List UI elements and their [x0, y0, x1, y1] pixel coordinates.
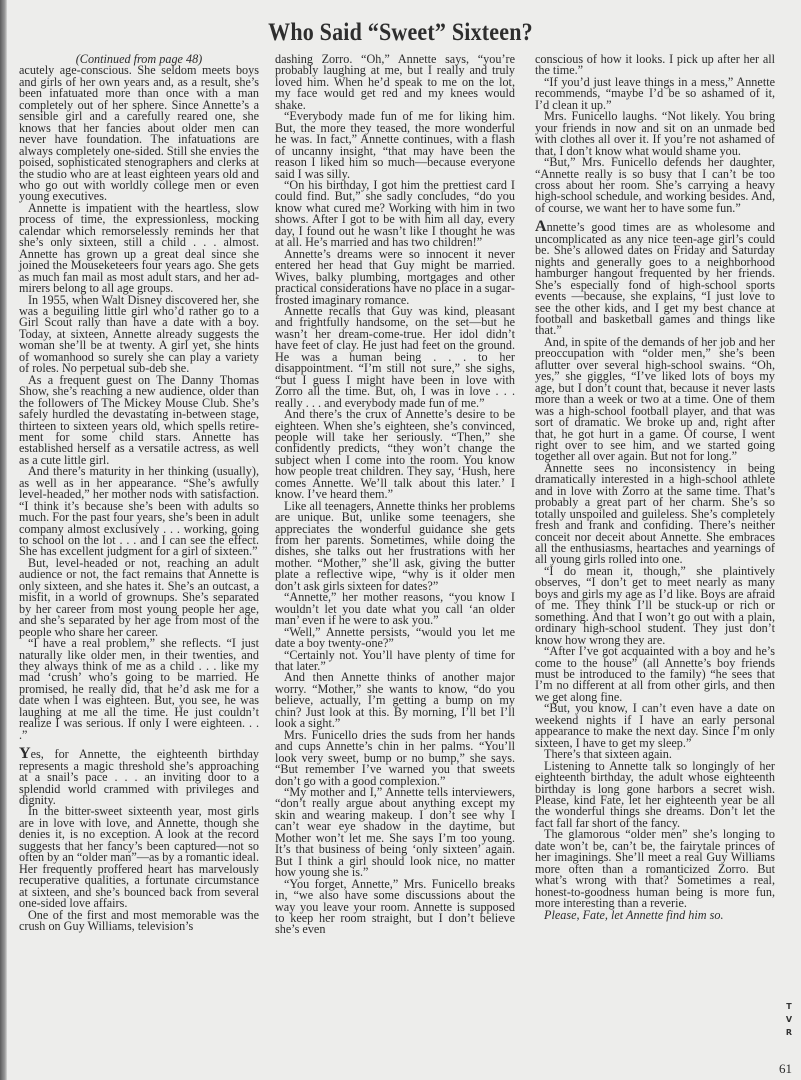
paragraph-text: es, for Annette, the eighteenth birthday… — [19, 747, 259, 807]
paragraph: “I have a real problem,” she reflects. “… — [19, 638, 259, 741]
paragraph: “But,” Mrs. Funicello defends her daught… — [535, 157, 775, 214]
paragraph: Annette recalls that Guy was kind, pleas… — [275, 306, 515, 409]
paragraph: “I do mean it, though,” she plaintively … — [535, 566, 775, 646]
page-title: Who Said “Sweet” Sixteen? — [0, 17, 801, 47]
paragraph: Annette is impatient with the heartless,… — [19, 203, 259, 295]
paragraph: And there’s maturity in her thinking (us… — [19, 466, 259, 558]
paragraph: “Everybody made fun of me for liking him… — [275, 111, 515, 180]
paragraph: As a frequent guest on The Danny Thomas … — [19, 375, 259, 467]
article-column-2: dashing Zorro. “Oh,” Annette says, “you’… — [275, 54, 515, 936]
page-number: 61 — [779, 1061, 792, 1077]
page-binding-edge — [0, 0, 7, 1080]
paragraph: conscious of how it looks. I pick up aft… — [535, 54, 775, 77]
article-column-3: conscious of how it looks. I pick up aft… — [535, 54, 775, 921]
paragraph: And then Annette thinks of another major… — [275, 672, 515, 729]
paragraph: “But, you know, I can’t even have a date… — [535, 703, 775, 749]
paragraph: Annette sees no inconsistency in being d… — [535, 463, 775, 566]
paragraph: But, level-headed or not, reaching an ad… — [19, 558, 259, 638]
paragraph: In 1955, when Walt Disney discovered her… — [19, 295, 259, 375]
paragraph: Annette’s dreams were so innocent it nev… — [275, 249, 515, 306]
margin-letter: R — [784, 1026, 794, 1039]
paragraph: “Annette,” her mother reasons, “you know… — [275, 592, 515, 626]
paragraph: Like all teenagers, Annette thinks her p… — [275, 501, 515, 593]
paragraph: And there’s the crux of Annette’s desire… — [275, 409, 515, 501]
paragraph: Mrs. Funicello laughs. “Not likely. You … — [535, 111, 775, 157]
paragraph: “Well,” Annette persists, “would you let… — [275, 627, 515, 650]
paragraph: The glamorous “older men” she’s longing … — [535, 829, 775, 909]
margin-letter: T — [784, 1000, 794, 1013]
paragraph: “My mother and I,” Annette tells inter­v… — [275, 787, 515, 879]
paragraph: Listening to Annette talk so longingly o… — [535, 761, 775, 830]
paragraph: In the bitter-sweet sixteenth year, most… — [19, 806, 259, 909]
paragraph: And, in spite of the demands of her job … — [535, 337, 775, 463]
paragraph-text: nnette’s good times are as wholesome and… — [535, 220, 775, 337]
paragraph: “You forget, Annette,” Mrs. Funicello br… — [275, 879, 515, 936]
paragraph: acutely age-conscious. She seldom meets … — [19, 65, 259, 202]
section-start-paragraph: Annette’s good times are as wholesome an… — [535, 221, 775, 337]
paragraph: Mrs. Funicello dries the suds from her h… — [275, 730, 515, 787]
section-start-paragraph: Yes, for Annette, the eighteenth birthda… — [19, 748, 259, 806]
paragraph: dashing Zorro. “Oh,” Annette says, “you’… — [275, 54, 515, 111]
closing-line: Please, Fate, let Annette find him so. — [535, 910, 775, 921]
magazine-margin-label: T V R — [784, 1000, 794, 1039]
paragraph: “After I’ve got acquainted with a boy an… — [535, 646, 775, 703]
margin-letter: V — [784, 1013, 794, 1026]
paragraph: “If you’d just leave things in a mess,” … — [535, 77, 775, 111]
paragraph: “Certainly not. You’ll have plenty of ti… — [275, 650, 515, 673]
paragraph: “On his birthday, I got him the pretties… — [275, 180, 515, 249]
paragraph: One of the first and most memorable was … — [19, 910, 259, 933]
article-column-1: (Continued from page 48) acutely age-con… — [19, 54, 259, 932]
